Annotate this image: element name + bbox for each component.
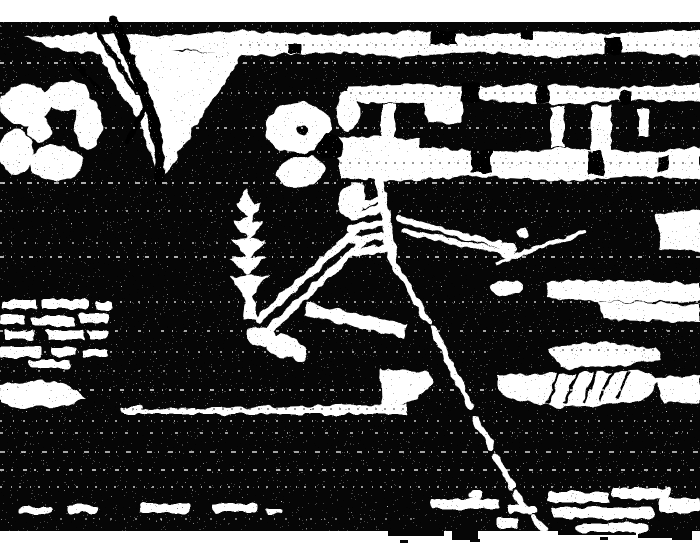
dithered-photo [0,0,700,560]
film-grain-black [0,22,700,531]
photo-canvas [0,0,700,560]
